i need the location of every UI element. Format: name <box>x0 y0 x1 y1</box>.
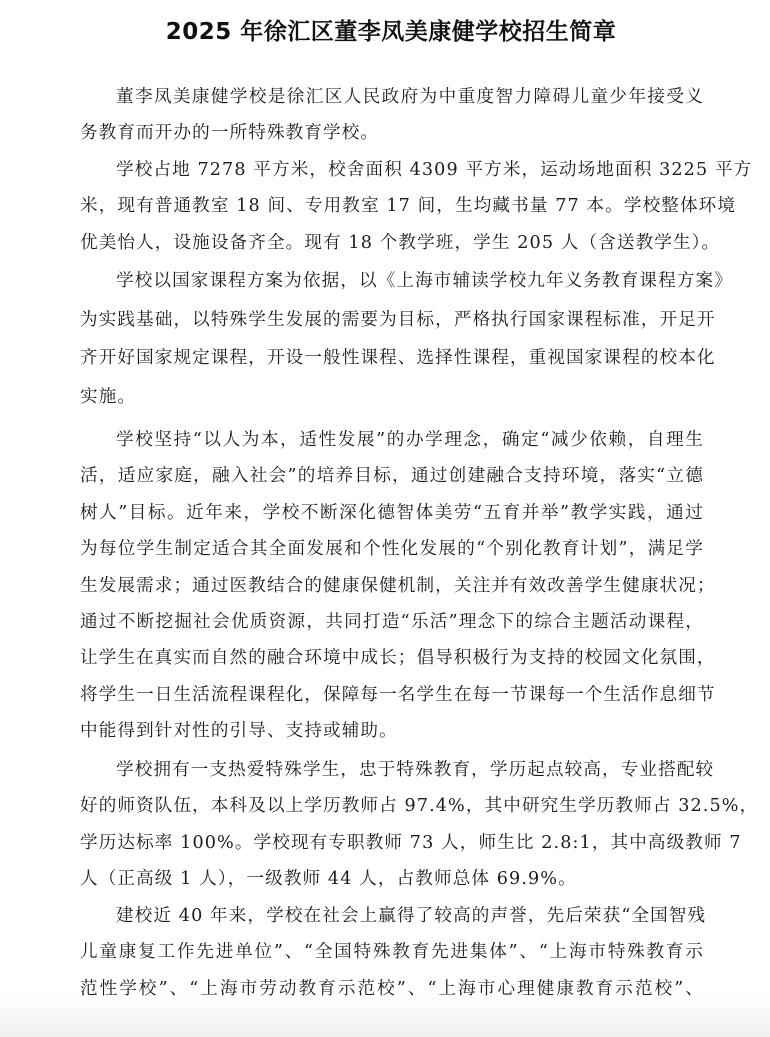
text-line: 生发展需求；通过医教结合的健康保健机制，关注并有效改善学生健康状况； <box>80 568 704 604</box>
text-line: 董李凤美康健学校是徐汇区人民政府为中重度智力障碍儿童少年接受义 <box>80 79 704 115</box>
text-line: 建校近 40 年来，学校在社会上赢得了较高的声誉，先后荣获“全国智残 <box>80 898 704 934</box>
text-line: 学校占地 7278 平方米，校舍面积 4309 平方米，运动场地面积 3225 … <box>80 152 704 188</box>
text-line: 中能得到针对性的引导、支持或辅助。 <box>80 713 704 749</box>
paragraph-school-intro: 董李凤美康健学校是徐汇区人民政府为中重度智力障碍儿童少年接受义 务教育而开办的一… <box>80 79 704 152</box>
paragraph-teachers: 学校拥有一支热爱特殊学生，忠于特殊教育，学历起点较高，专业搭配较 好的师资队伍，… <box>80 752 704 898</box>
document-title: 2025 年徐汇区董李凤美康健学校招生简章 <box>0 17 770 47</box>
text-line: 范性学校”、“上海市劳动教育示范校”、“上海市心理健康教育示范校”、 <box>80 971 704 1007</box>
text-line: 学校以国家课程方案为依据，以《上海市辅读学校九年义务教育课程方案》 <box>80 262 704 301</box>
text-line: 通过不断挖掘社会优质资源，共同打造“乐活”理念下的综合主题活动课程， <box>80 604 704 640</box>
text-line: 活，适应家庭，融入社会”的培养目标，通过创建融合支持环境，落实“立德 <box>80 458 704 494</box>
paragraph-honors: 建校近 40 年来，学校在社会上赢得了较高的声誉，先后荣获“全国智残 儿童康复工… <box>80 898 704 1007</box>
text-line: 人（正高级 1 人），一级教师 44 人，占教师总体 69.9%。 <box>80 861 704 897</box>
text-line: 为每位学生制定适合其全面发展和个性化发展的“个别化教育计划”，满足学 <box>80 531 704 567</box>
text-line: 学校坚持“以人为本，适性发展”的办学理念，确定“减少依赖，自理生 <box>80 422 704 458</box>
text-line: 儿童康复工作先进单位”、“全国特殊教育先进集体”、“上海市特殊教育示 <box>80 934 704 970</box>
document-page: 2025 年徐汇区董李凤美康健学校招生简章 董李凤美康健学校是徐汇区人民政府为中… <box>0 0 770 1037</box>
text-line: 学历达标率 100%。学校现有专职教师 73 人，师生比 2.8:1，其中高级教… <box>80 825 704 861</box>
text-line: 将学生一日生活流程课程化，保障每一名学生在每一节课每一个生活作息细节 <box>80 677 704 713</box>
paragraph-facilities: 学校占地 7278 平方米，校舍面积 4309 平方米，运动场地面积 3225 … <box>80 152 704 261</box>
text-line: 齐开好国家规定课程，开设一般性课程、选择性课程，重视国家课程的校本化 <box>80 339 704 378</box>
text-line: 务教育而开办的一所特殊教育学校。 <box>80 115 704 151</box>
text-line: 为实践基础，以特殊学生发展的需要为目标，严格执行国家课程标准，开足开 <box>80 301 704 340</box>
text-line: 好的师资队伍，本科及以上学历教师占 97.4%，其中研究生学历教师占 32.5%… <box>80 788 704 824</box>
text-line: 学校拥有一支热爱特殊学生，忠于特殊教育，学历起点较高，专业搭配较 <box>80 752 704 788</box>
text-line: 让学生在真实而自然的融合环境中成长；倡导积极行为支持的校园文化氛围， <box>80 640 704 676</box>
text-line: 树人”目标。近年来，学校不断深化德智体美劳“五育并举”教学实践，通过 <box>80 495 704 531</box>
text-line: 米，现有普通教室 18 间、专用教室 17 间，生均藏书量 77 本。学校整体环… <box>80 188 704 224</box>
text-line: 实施。 <box>80 378 704 417</box>
text-line: 优美怡人，设施设备齐全。现有 18 个教学班，学生 205 人（含送教学生）。 <box>80 225 704 261</box>
paragraph-curriculum: 学校以国家课程方案为依据，以《上海市辅读学校九年义务教育课程方案》 为实践基础，… <box>80 262 704 416</box>
paragraph-philosophy: 学校坚持“以人为本，适性发展”的办学理念，确定“减少依赖，自理生 活，适应家庭，… <box>80 422 704 750</box>
